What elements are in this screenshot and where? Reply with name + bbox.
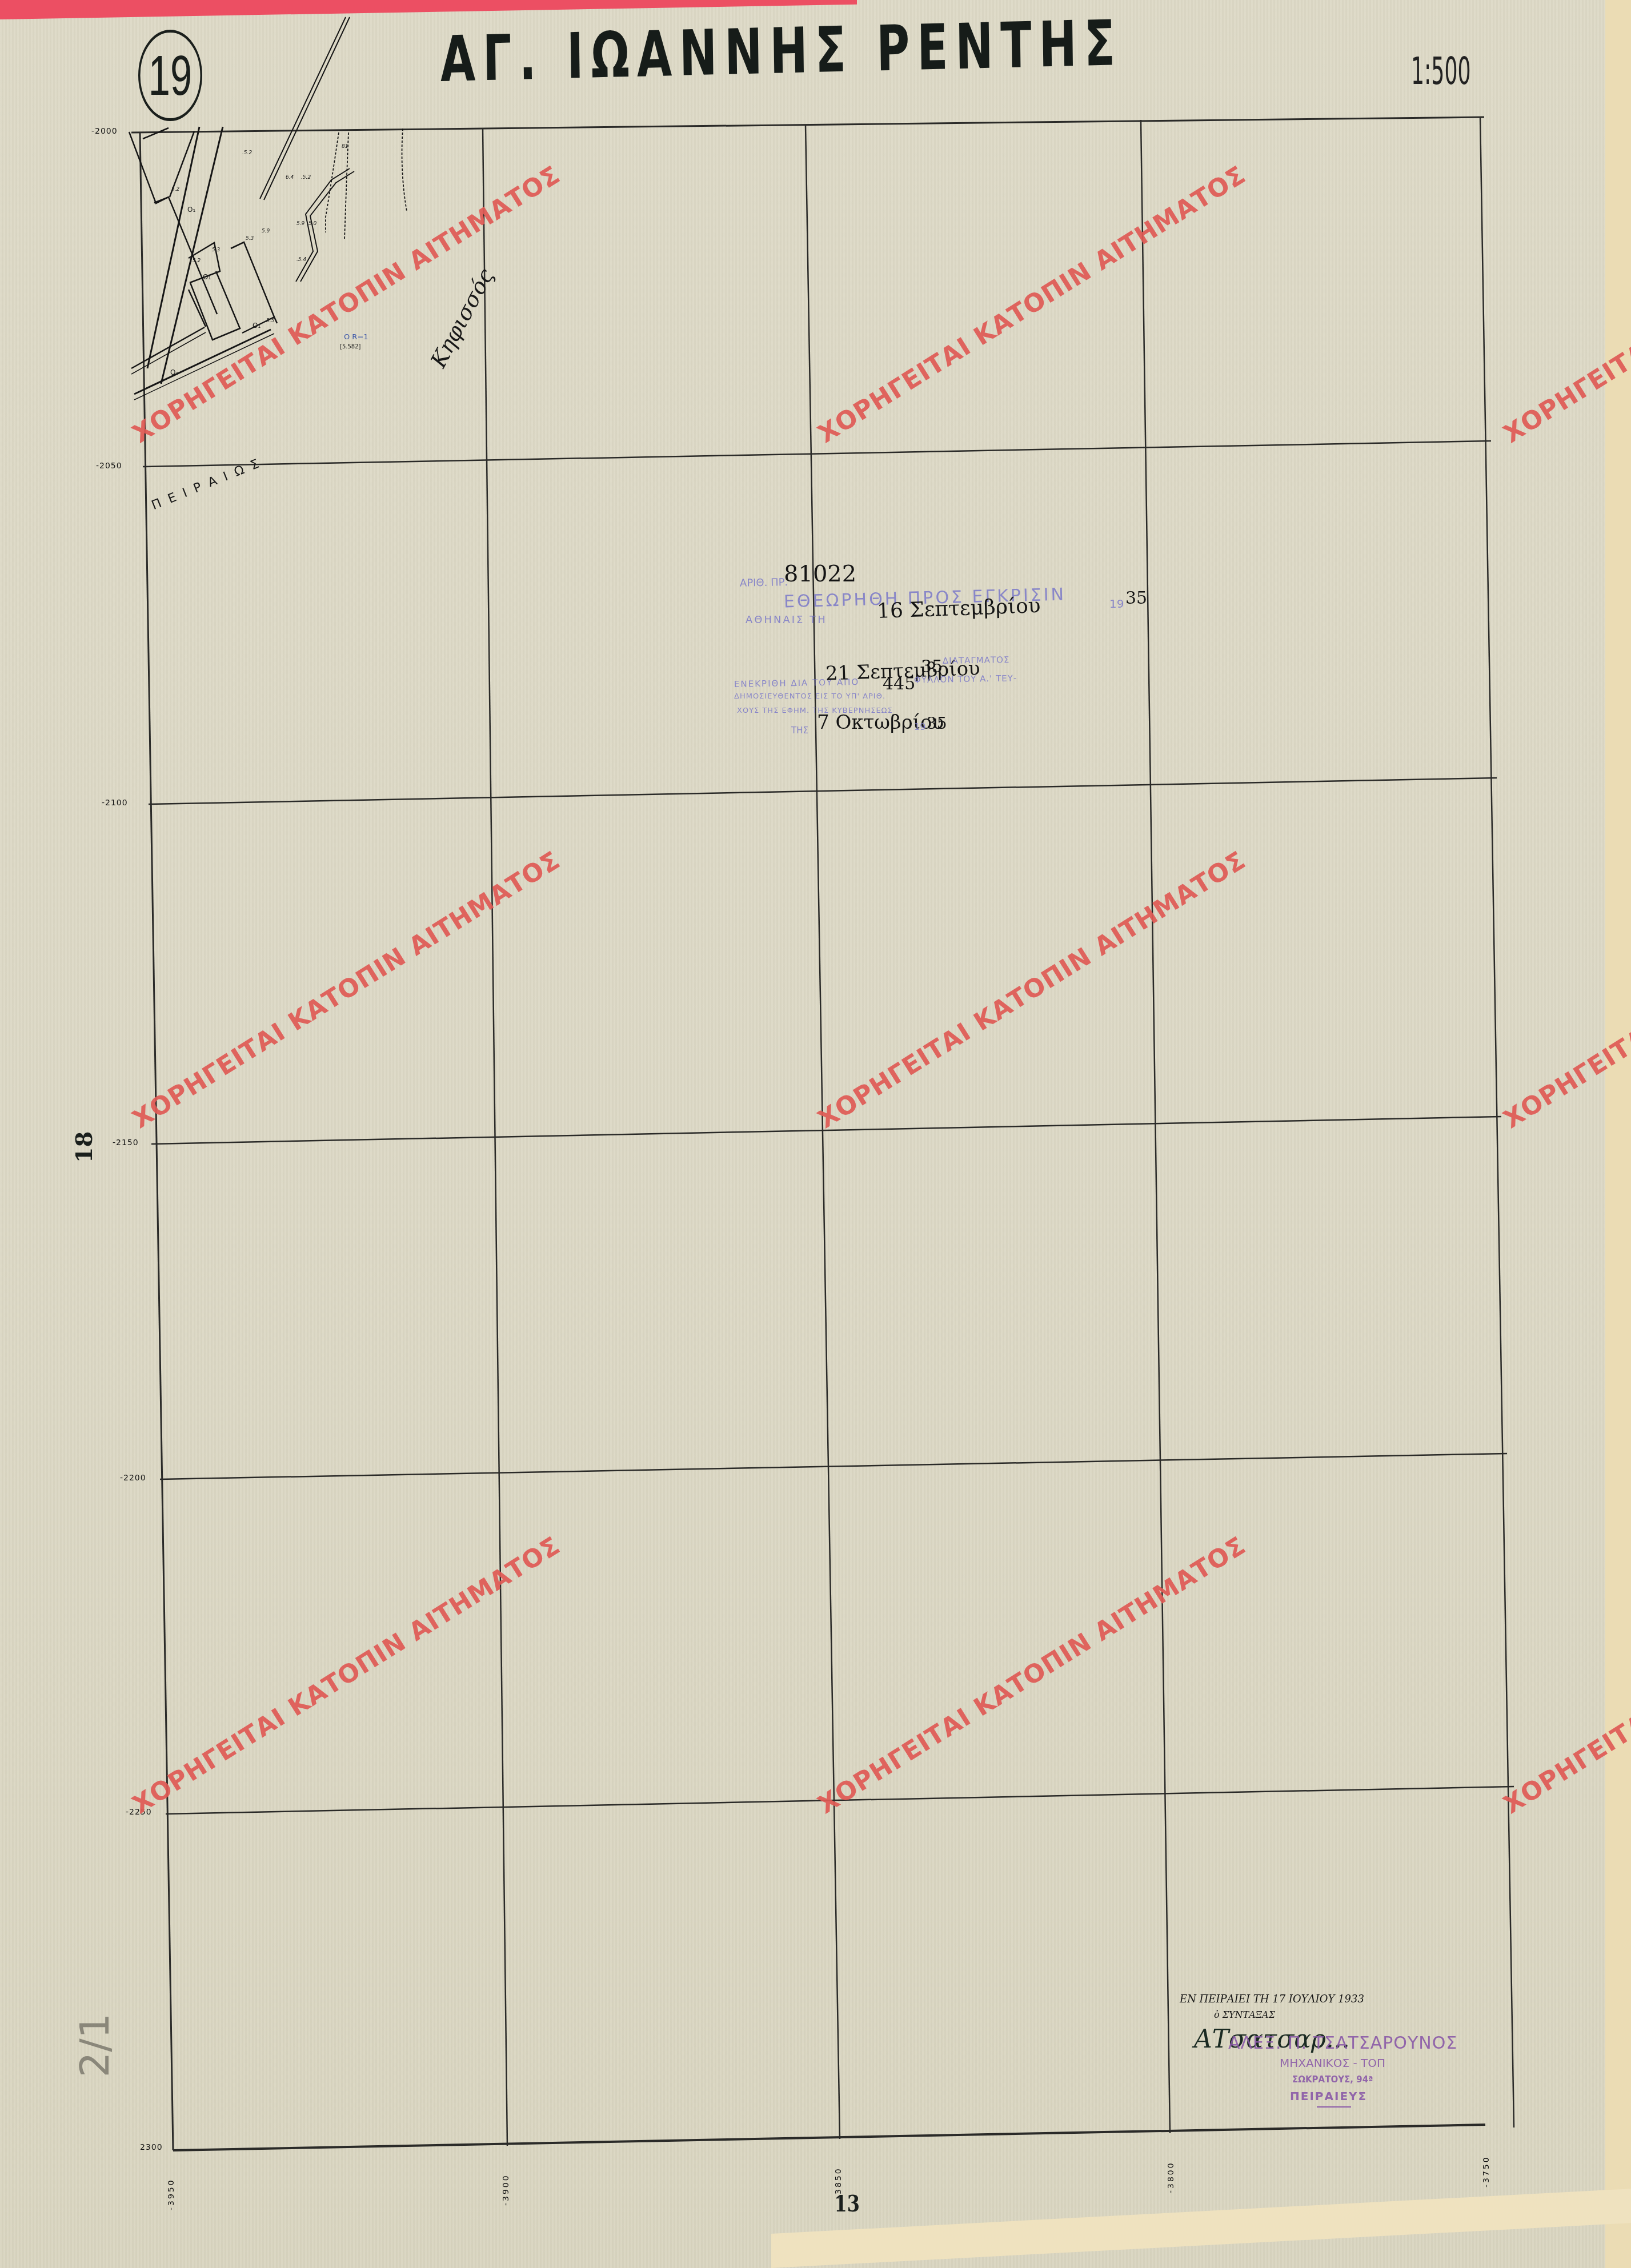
stamp-underline	[1317, 2106, 1351, 2108]
parcel-label: O₁	[253, 322, 261, 330]
x-label: -3950	[167, 2178, 176, 2210]
cadastral-parcels	[129, 17, 354, 400]
elevation-label: .5.4	[296, 257, 306, 263]
y-label: -2050	[96, 461, 122, 471]
y-label: -2150	[113, 1138, 139, 1147]
protocol-number: 81022	[784, 561, 856, 587]
year-handwritten-1: 35	[1125, 588, 1147, 608]
stamp-surveyor-name: ΑΛΕΞ. Π. ΤΣΑΤΣΑΡΟΥΝΟΣ	[1228, 2033, 1457, 2053]
parcel-label: O₁	[187, 206, 195, 214]
adjacent-sheet-number-left: 18	[71, 1131, 98, 1163]
y-label: -2100	[102, 798, 128, 808]
elevation-label: 5.9	[296, 221, 304, 227]
stamp-surveyor-title: ΜΗΧΑΝΙΚΟΣ - ΤΟΠ	[1280, 2056, 1385, 2070]
year-handwritten-3: 35	[927, 714, 947, 733]
embankment-hatching	[326, 129, 407, 240]
y-label: -2200	[120, 1474, 146, 1483]
stamp-published: ΔΗΜΟΣΙΕΥΘΕΝΤΟΣ ΕΙΣ ΤΟ ΥΠ' ΑΡΙΘ.	[734, 692, 885, 701]
author-role: ὁ ΣΥΝΤΑΞΑΣ	[1214, 2009, 1275, 2020]
elevation-label: 5.3	[212, 247, 220, 253]
elevation-label: 5.9	[262, 228, 270, 234]
stamp-decree: ΔΙΑΤΑΓΜΑΤΟΣ	[943, 655, 1010, 666]
author-date-line: ΕΝ ΠΕΙΡΑΙΕΙ ΤΗ 17 ΙΟΥΛΙΟΥ 1933	[1180, 1993, 1364, 2005]
pencil-annotation: 2/1	[71, 2013, 118, 2078]
elevation-label: .5.2	[301, 175, 311, 180]
year-prefix: 19	[1109, 597, 1124, 611]
year-prefix: 19	[914, 721, 925, 732]
elevation-label: .5.2	[191, 258, 201, 264]
stamp-gazette-suffix: ΦΥΛΛΟΝ ΤΟΥ Α.' ΤΕΥ-	[914, 673, 1017, 685]
x-label: -3900	[502, 2174, 511, 2206]
gazette-sheet-handwritten: 445	[883, 674, 915, 694]
year-handwritten-2: 35	[921, 657, 943, 677]
stamp-surveyor-address: ΣΩΚΡΑΤΟΥΣ, 94ª	[1292, 2074, 1373, 2085]
stamp-surveyor-city: ΠΕΙΡΑΙΕΥΣ	[1290, 2089, 1367, 2103]
elevation-label: .5.2	[242, 150, 252, 156]
elevation-label: 5.5	[266, 318, 274, 324]
x-label: -3800	[1167, 2161, 1176, 2193]
adjacent-sheet-number-bottom: 13	[835, 2190, 860, 2217]
elevation-label: 81	[342, 144, 348, 150]
elevation-label: 5.2	[171, 187, 179, 192]
elevation-label: 6.4	[286, 175, 294, 180]
y-label: 2300	[140, 2143, 163, 2152]
stamp-tis: ΤΗΣ	[791, 725, 808, 736]
parcel-label: O₁	[170, 368, 178, 376]
stamp-place: ΑΘΗΝΑΙΣ ΤΗ	[746, 614, 827, 626]
benchmark-label: O R=1	[344, 333, 368, 342]
x-label: -3750	[1482, 2155, 1491, 2187]
elevation-label: 5.0	[308, 221, 316, 227]
benchmark-value: [5.582]	[340, 344, 360, 350]
coordinate-grid	[0, 0, 1631, 2268]
parcel-label: O₁	[203, 273, 211, 281]
protocol-prefix: ΑΡΙΘ. ΠΡ.	[740, 576, 788, 589]
y-label: -2000	[91, 127, 118, 136]
elevation-label: 5.3	[246, 236, 254, 242]
